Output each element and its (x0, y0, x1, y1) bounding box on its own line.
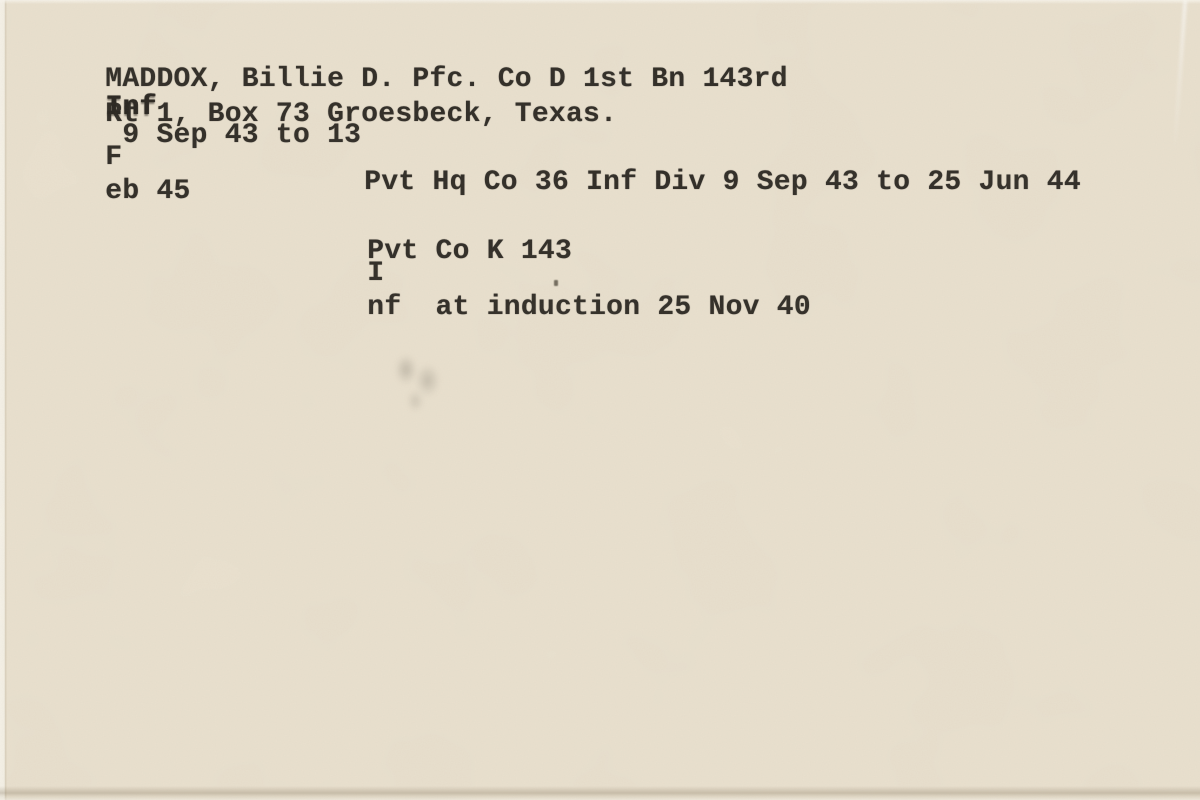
scan-edge-left (0, 0, 7, 800)
address-text: Rt 1, Box 73 Groesbeck, Texas. (105, 99, 617, 130)
scan-edge-bottom-shadow (0, 786, 1200, 800)
index-card: MADDOX, Billie D. Pfc. Co D 1st Bn 143rd… (0, 0, 1200, 800)
paper-smudge-mark (383, 340, 455, 418)
line4-raised-i-char: I (367, 258, 384, 289)
line1-dates-end-text: eb 45 (105, 176, 190, 207)
hq-co-text: Pvt Hq Co 36 Inf Div 9 Sep 43 to 25 Jun … (364, 167, 1081, 198)
induction-end-text: nf at induction 25 Nov 40 (367, 292, 811, 323)
scan-edge-top (0, 0, 1200, 4)
paper-crease (1173, 0, 1187, 150)
service-line-induction: Pvt Co K 143 I nf at induction 25 Nov 40 (299, 210, 811, 350)
induction-start-text: Pvt Co K 143 (367, 236, 589, 267)
